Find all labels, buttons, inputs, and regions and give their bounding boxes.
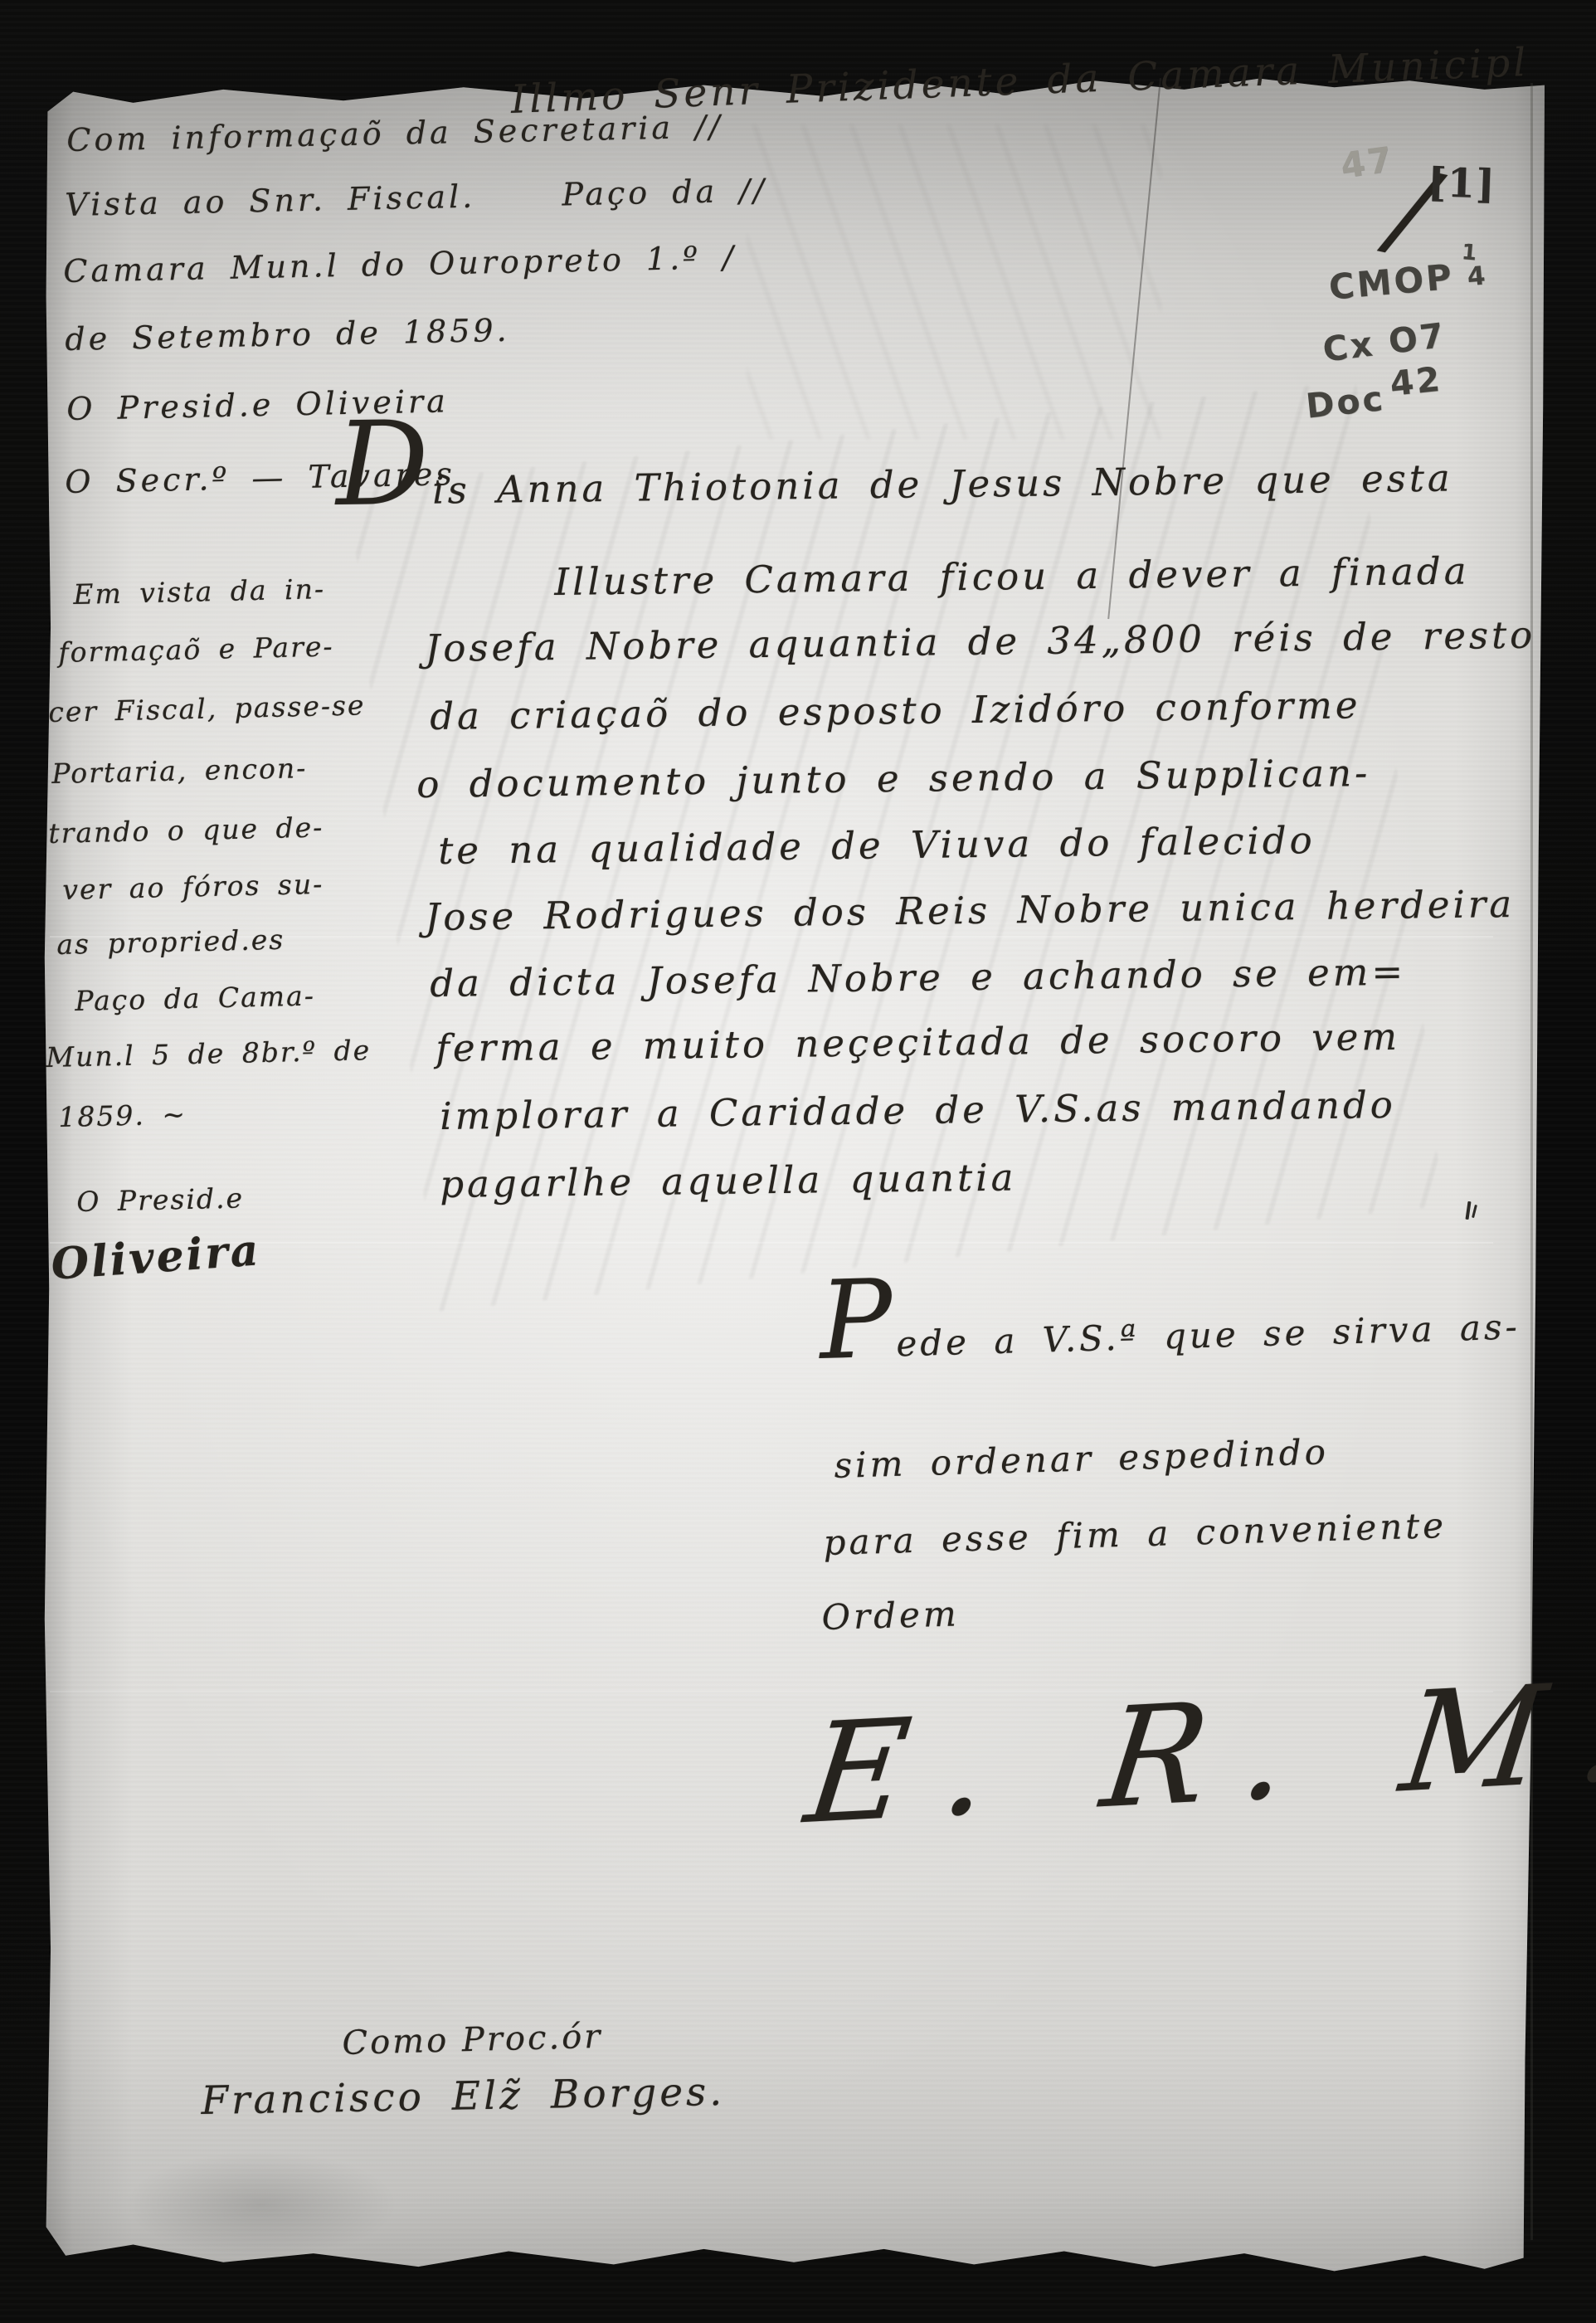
page-edge-line <box>1530 83 1533 2240</box>
body-line: pagarlhe aquella quantia <box>440 1158 1017 1205</box>
body-line: da criaçaõ do esposto Izidóro conforme <box>430 685 1361 736</box>
margin-note-line: O Presid.e <box>76 1184 244 1216</box>
faint-pencil-number: 47 <box>1338 139 1397 186</box>
body-line: o documento junto e sendo a Supplican- <box>416 753 1371 804</box>
collection-fraction-numerator: 1 <box>1459 244 1481 263</box>
body-line: Illustre Camara ficou a dever a finada <box>554 552 1470 602</box>
scan-streak <box>50 1242 1493 1244</box>
petition-line: Ordem <box>821 1595 960 1636</box>
ink-bleedthrough-texture <box>747 124 1161 440</box>
page-number-mark: [1] <box>1427 159 1496 208</box>
margin-note-line: as propried.es <box>56 926 285 960</box>
margin-note-line: Paço da Cama- <box>75 981 315 1015</box>
margin-note-line: 1859. ~ <box>58 1100 187 1132</box>
margin-note-line: Em vista da in- <box>73 575 325 610</box>
margin-note-line: trando o que de- <box>48 813 324 848</box>
margin-note-line: formaçaõ e Pare- <box>58 632 334 667</box>
margin-note-line: Portaria, encon- <box>51 754 308 789</box>
scanned-manuscript-page: Illmo Senr Prizidente da Camara Municipl… <box>0 0 1596 2323</box>
doc-number: 42 <box>1388 359 1444 404</box>
margin-note-line: ver ao fóros su- <box>62 870 324 905</box>
doc-label: Doc <box>1304 378 1387 426</box>
signature-name: Francisco Elz̃ Borges. <box>201 2072 725 2121</box>
body-line: te na qualidade de Viuva do falecido <box>438 821 1316 870</box>
smudge-mark <box>124 2150 398 2258</box>
margin-note-line: Mun.l 5 de 8br.º de <box>46 1036 372 1073</box>
signature-role: Como Proc.ór <box>342 2019 603 2061</box>
margin-note-line: cer Fiscal, passe-se <box>48 691 366 727</box>
collection-fraction: 14 <box>1456 254 1479 294</box>
collection-fraction-denominator: 4 <box>1467 265 1489 288</box>
